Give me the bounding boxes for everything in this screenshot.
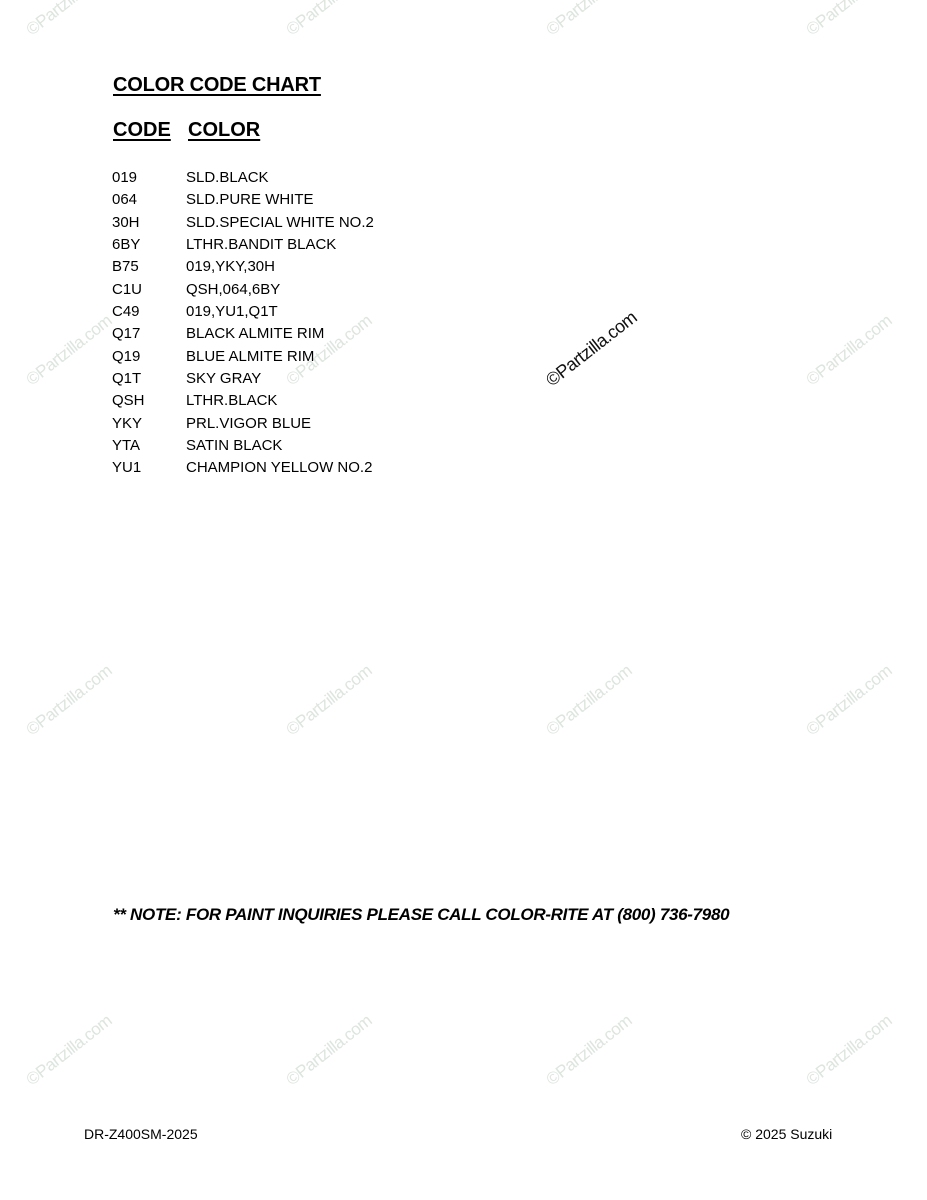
page-title: COLOR CODE CHART xyxy=(113,74,321,97)
color-name: SLD.BLACK xyxy=(186,169,269,187)
color-name: BLUE ALMITE RIM xyxy=(186,348,314,366)
code-column-header: CODE xyxy=(113,119,171,142)
color-name: 019,YU1,Q1T xyxy=(186,303,278,321)
color-name: LTHR.BANDIT BLACK xyxy=(186,236,336,254)
color-name: SLD.SPECIAL WHITE NO.2 xyxy=(186,214,374,232)
partzilla-watermark: ©Partzilla.com xyxy=(803,0,896,40)
color-name: SKY GRAY xyxy=(186,370,261,388)
partzilla-watermark: ©Partzilla.com xyxy=(542,307,641,391)
partzilla-watermark: ©Partzilla.com xyxy=(23,311,116,390)
partzilla-watermark: ©Partzilla.com xyxy=(23,661,116,740)
partzilla-watermark: ©Partzilla.com xyxy=(23,0,116,40)
color-code: QSH xyxy=(112,392,145,410)
partzilla-watermark: ©Partzilla.com xyxy=(23,1011,116,1090)
color-code: Q19 xyxy=(112,348,140,366)
partzilla-watermark: ©Partzilla.com xyxy=(803,311,896,390)
partzilla-watermark: ©Partzilla.com xyxy=(803,1011,896,1090)
color-code: Q1T xyxy=(112,370,141,388)
document-page: ©Partzilla.com©Partzilla.com©Partzilla.c… xyxy=(0,0,927,1200)
color-code: Q17 xyxy=(112,325,140,343)
color-code: B75 xyxy=(112,258,139,276)
partzilla-watermark: ©Partzilla.com xyxy=(543,0,636,40)
footer-copyright: © 2025 Suzuki xyxy=(741,1126,832,1142)
partzilla-watermark: ©Partzilla.com xyxy=(283,661,376,740)
color-name: CHAMPION YELLOW NO.2 xyxy=(186,459,372,477)
color-code: 30H xyxy=(112,214,140,232)
color-name: 019,YKY,30H xyxy=(186,258,275,276)
color-name: SLD.PURE WHITE xyxy=(186,191,314,209)
partzilla-watermark: ©Partzilla.com xyxy=(283,0,376,40)
color-name: QSH,064,6BY xyxy=(186,281,280,299)
color-name: BLACK ALMITE RIM xyxy=(186,325,324,343)
color-code: YTA xyxy=(112,437,140,455)
color-code: C49 xyxy=(112,303,140,321)
color-name: SATIN BLACK xyxy=(186,437,282,455)
color-column-header: COLOR xyxy=(188,119,260,142)
partzilla-watermark: ©Partzilla.com xyxy=(543,661,636,740)
partzilla-watermark: ©Partzilla.com xyxy=(543,1011,636,1090)
color-code: C1U xyxy=(112,281,142,299)
color-code: 064 xyxy=(112,191,137,209)
color-name: LTHR.BLACK xyxy=(186,392,277,410)
partzilla-watermark: ©Partzilla.com xyxy=(283,1011,376,1090)
partzilla-watermark: ©Partzilla.com xyxy=(803,661,896,740)
color-code: YKY xyxy=(112,415,142,433)
color-code: YU1 xyxy=(112,459,141,477)
footer-model: DR-Z400SM-2025 xyxy=(84,1126,198,1142)
color-code: 6BY xyxy=(112,236,140,254)
paint-inquiry-note: ** NOTE: FOR PAINT INQUIRIES PLEASE CALL… xyxy=(113,905,729,925)
color-name: PRL.VIGOR BLUE xyxy=(186,415,311,433)
color-code: 019 xyxy=(112,169,137,187)
